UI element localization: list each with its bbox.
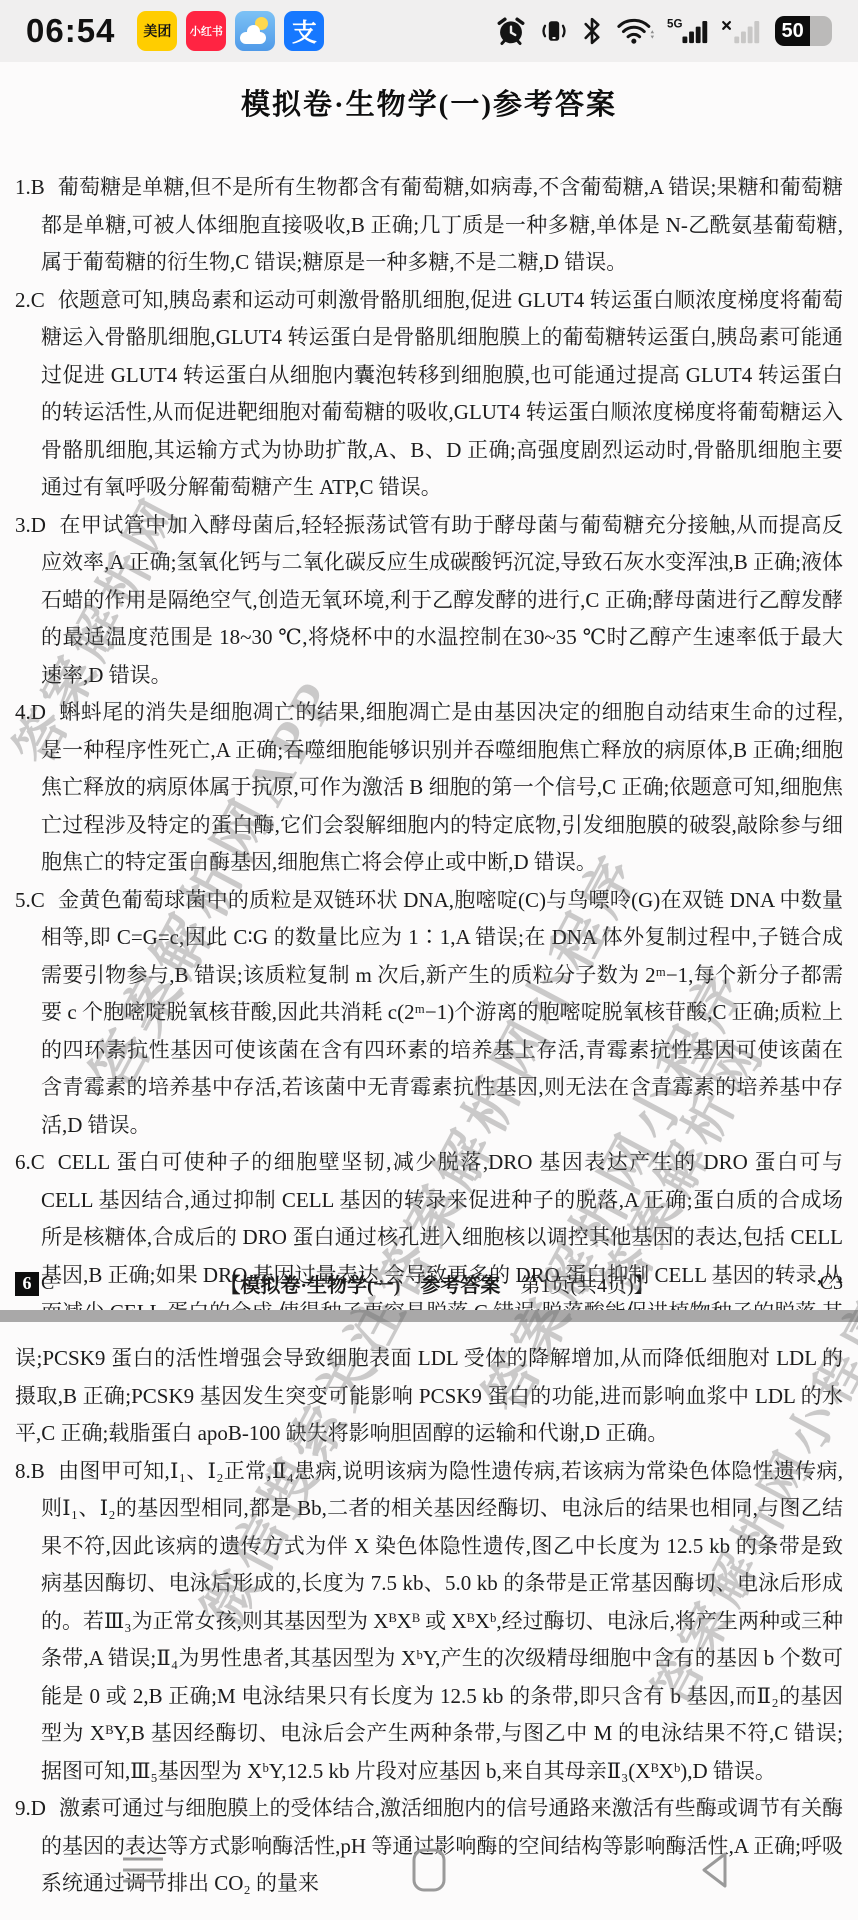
status-bar: 06:54 美团 小红书 支 — [0, 0, 858, 62]
answer-number: 6.C — [15, 1150, 45, 1174]
answer-7-continuation: 误;PCSK9 蛋白的活性增强会导致细胞表面 LDL 受体的降解增加,从而降低细… — [15, 1340, 843, 1453]
footer-page-label: 【模拟卷·生物学(一) 参考答案 第1页(共4页)】 — [54, 1269, 819, 1298]
menu-icon — [119, 1852, 167, 1888]
home-button[interactable] — [286, 1847, 572, 1893]
phone-screen: 06:54 美团 小红书 支 — [0, 0, 858, 1920]
notification-app-icons: 美团 小红书 支 — [137, 11, 324, 51]
booklet-code: 6 C — [15, 1272, 54, 1296]
home-icon — [411, 1847, 447, 1893]
signal-5g-icon: 5G — [667, 16, 709, 46]
weather-app-icon[interactable] — [235, 11, 275, 51]
answer-number: 5.C — [15, 888, 45, 912]
svg-text:5G: 5G — [667, 18, 682, 31]
signal-off-icon — [721, 16, 761, 46]
meituan-app-icon[interactable]: 美团 — [137, 11, 177, 51]
footer-right-code: C3 — [820, 1272, 843, 1295]
android-nav-bar — [0, 1820, 858, 1920]
alarm-icon — [495, 15, 527, 47]
answer-sheet-page-1: 模拟卷·生物学(一)参考答案 1.B葡萄糖是单糖,但不是所有生物都含有葡萄糖,如… — [0, 62, 858, 1310]
answer-number: 4.D — [15, 700, 46, 724]
answer-item-3: 3.D在甲试管中加入酵母菌后,轻轻振荡试管有助于酵母菌与葡萄糖充分接触,从而提高… — [15, 507, 843, 695]
answer-number: 3.D — [15, 513, 46, 537]
back-button[interactable] — [572, 1849, 858, 1891]
clock-time: 06:54 — [26, 12, 115, 50]
answer-text: 葡萄糖是单糖,但不是所有生物都含有葡萄糖,如病毒,不含葡萄糖,A 错误;果糖和葡… — [41, 175, 843, 274]
footer-page-number: 第1页(共4页)】 — [500, 1275, 653, 1297]
answer-text: 依题意可知,胰岛素和运动可刺激骨骼肌细胞,促进 GLUT4 转运蛋白顺浓度梯度将… — [41, 288, 843, 500]
answer-item-1: 1.B葡萄糖是单糖,但不是所有生物都含有葡萄糖,如病毒,不含葡萄糖,A 错误;果… — [15, 169, 843, 282]
answer-text: 由图甲可知,Ⅰ₁、Ⅰ₂正常,Ⅱ₄患病,说明该病为隐性遗传病,若该病为常染色体隐性… — [41, 1459, 843, 1783]
wifi-icon — [615, 16, 655, 46]
booklet-code-letter: C — [41, 1272, 54, 1295]
back-icon — [695, 1849, 735, 1891]
answer-number: 2.C — [15, 288, 45, 312]
answer-number: 1.B — [15, 175, 45, 199]
footer-title: 【模拟卷·生物学(一) 参考答案 — [220, 1275, 500, 1297]
answer-number: 8.B — [15, 1459, 45, 1483]
bluetooth-icon — [581, 16, 603, 46]
battery-icon: 50 — [775, 16, 832, 46]
answer-item-2: 2.C依题意可知,胰岛素和运动可刺激骨骼肌细胞,促进 GLUT4 转运蛋白顺浓度… — [15, 282, 843, 507]
answer-text: 在甲试管中加入酵母菌后,轻轻振荡试管有助于酵母菌与葡萄糖充分接触,从而提高反应效… — [41, 513, 843, 687]
status-system-icons: 5G 50 — [495, 15, 832, 47]
answer-item-5: 5.C金黄色葡萄球菌中的质粒是双链环状 DNA,胞嘧啶(C)与鸟嘌呤(G)在双链… — [15, 882, 843, 1145]
vibrate-icon — [539, 16, 569, 46]
recents-button[interactable] — [0, 1852, 286, 1888]
battery-percent: 50 — [775, 16, 810, 46]
answer-item-8: 8.B由图甲可知,Ⅰ₁、Ⅰ₂正常,Ⅱ₄患病,说明该病为隐性遗传病,若该病为常染色… — [15, 1453, 843, 1791]
answer-text: 金黄色葡萄球菌中的质粒是双链环状 DNA,胞嘧啶(C)与鸟嘌呤(G)在双链 DN… — [41, 888, 843, 1137]
booklet-code-box: 6 — [15, 1272, 39, 1296]
page-footer: 6 C 【模拟卷·生物学(一) 参考答案 第1页(共4页)】 C3 — [15, 1269, 843, 1298]
answer-item-4: 4.D蝌蚪尾的消失是细胞凋亡的结果,细胞凋亡是由基因决定的细胞自动结束生命的过程… — [15, 694, 843, 882]
page-break-divider — [0, 1310, 858, 1322]
xiaohongshu-app-icon[interactable]: 小红书 — [186, 11, 226, 51]
page-title: 模拟卷·生物学(一)参考答案 — [15, 82, 843, 123]
cloud-icon — [240, 32, 266, 44]
answer-number: 9.D — [15, 1796, 46, 1820]
alipay-app-icon[interactable]: 支 — [284, 11, 324, 51]
answer-text: 蝌蚪尾的消失是细胞凋亡的结果,细胞凋亡是由基因决定的细胞自动结束生命的过程,是一… — [41, 700, 843, 874]
